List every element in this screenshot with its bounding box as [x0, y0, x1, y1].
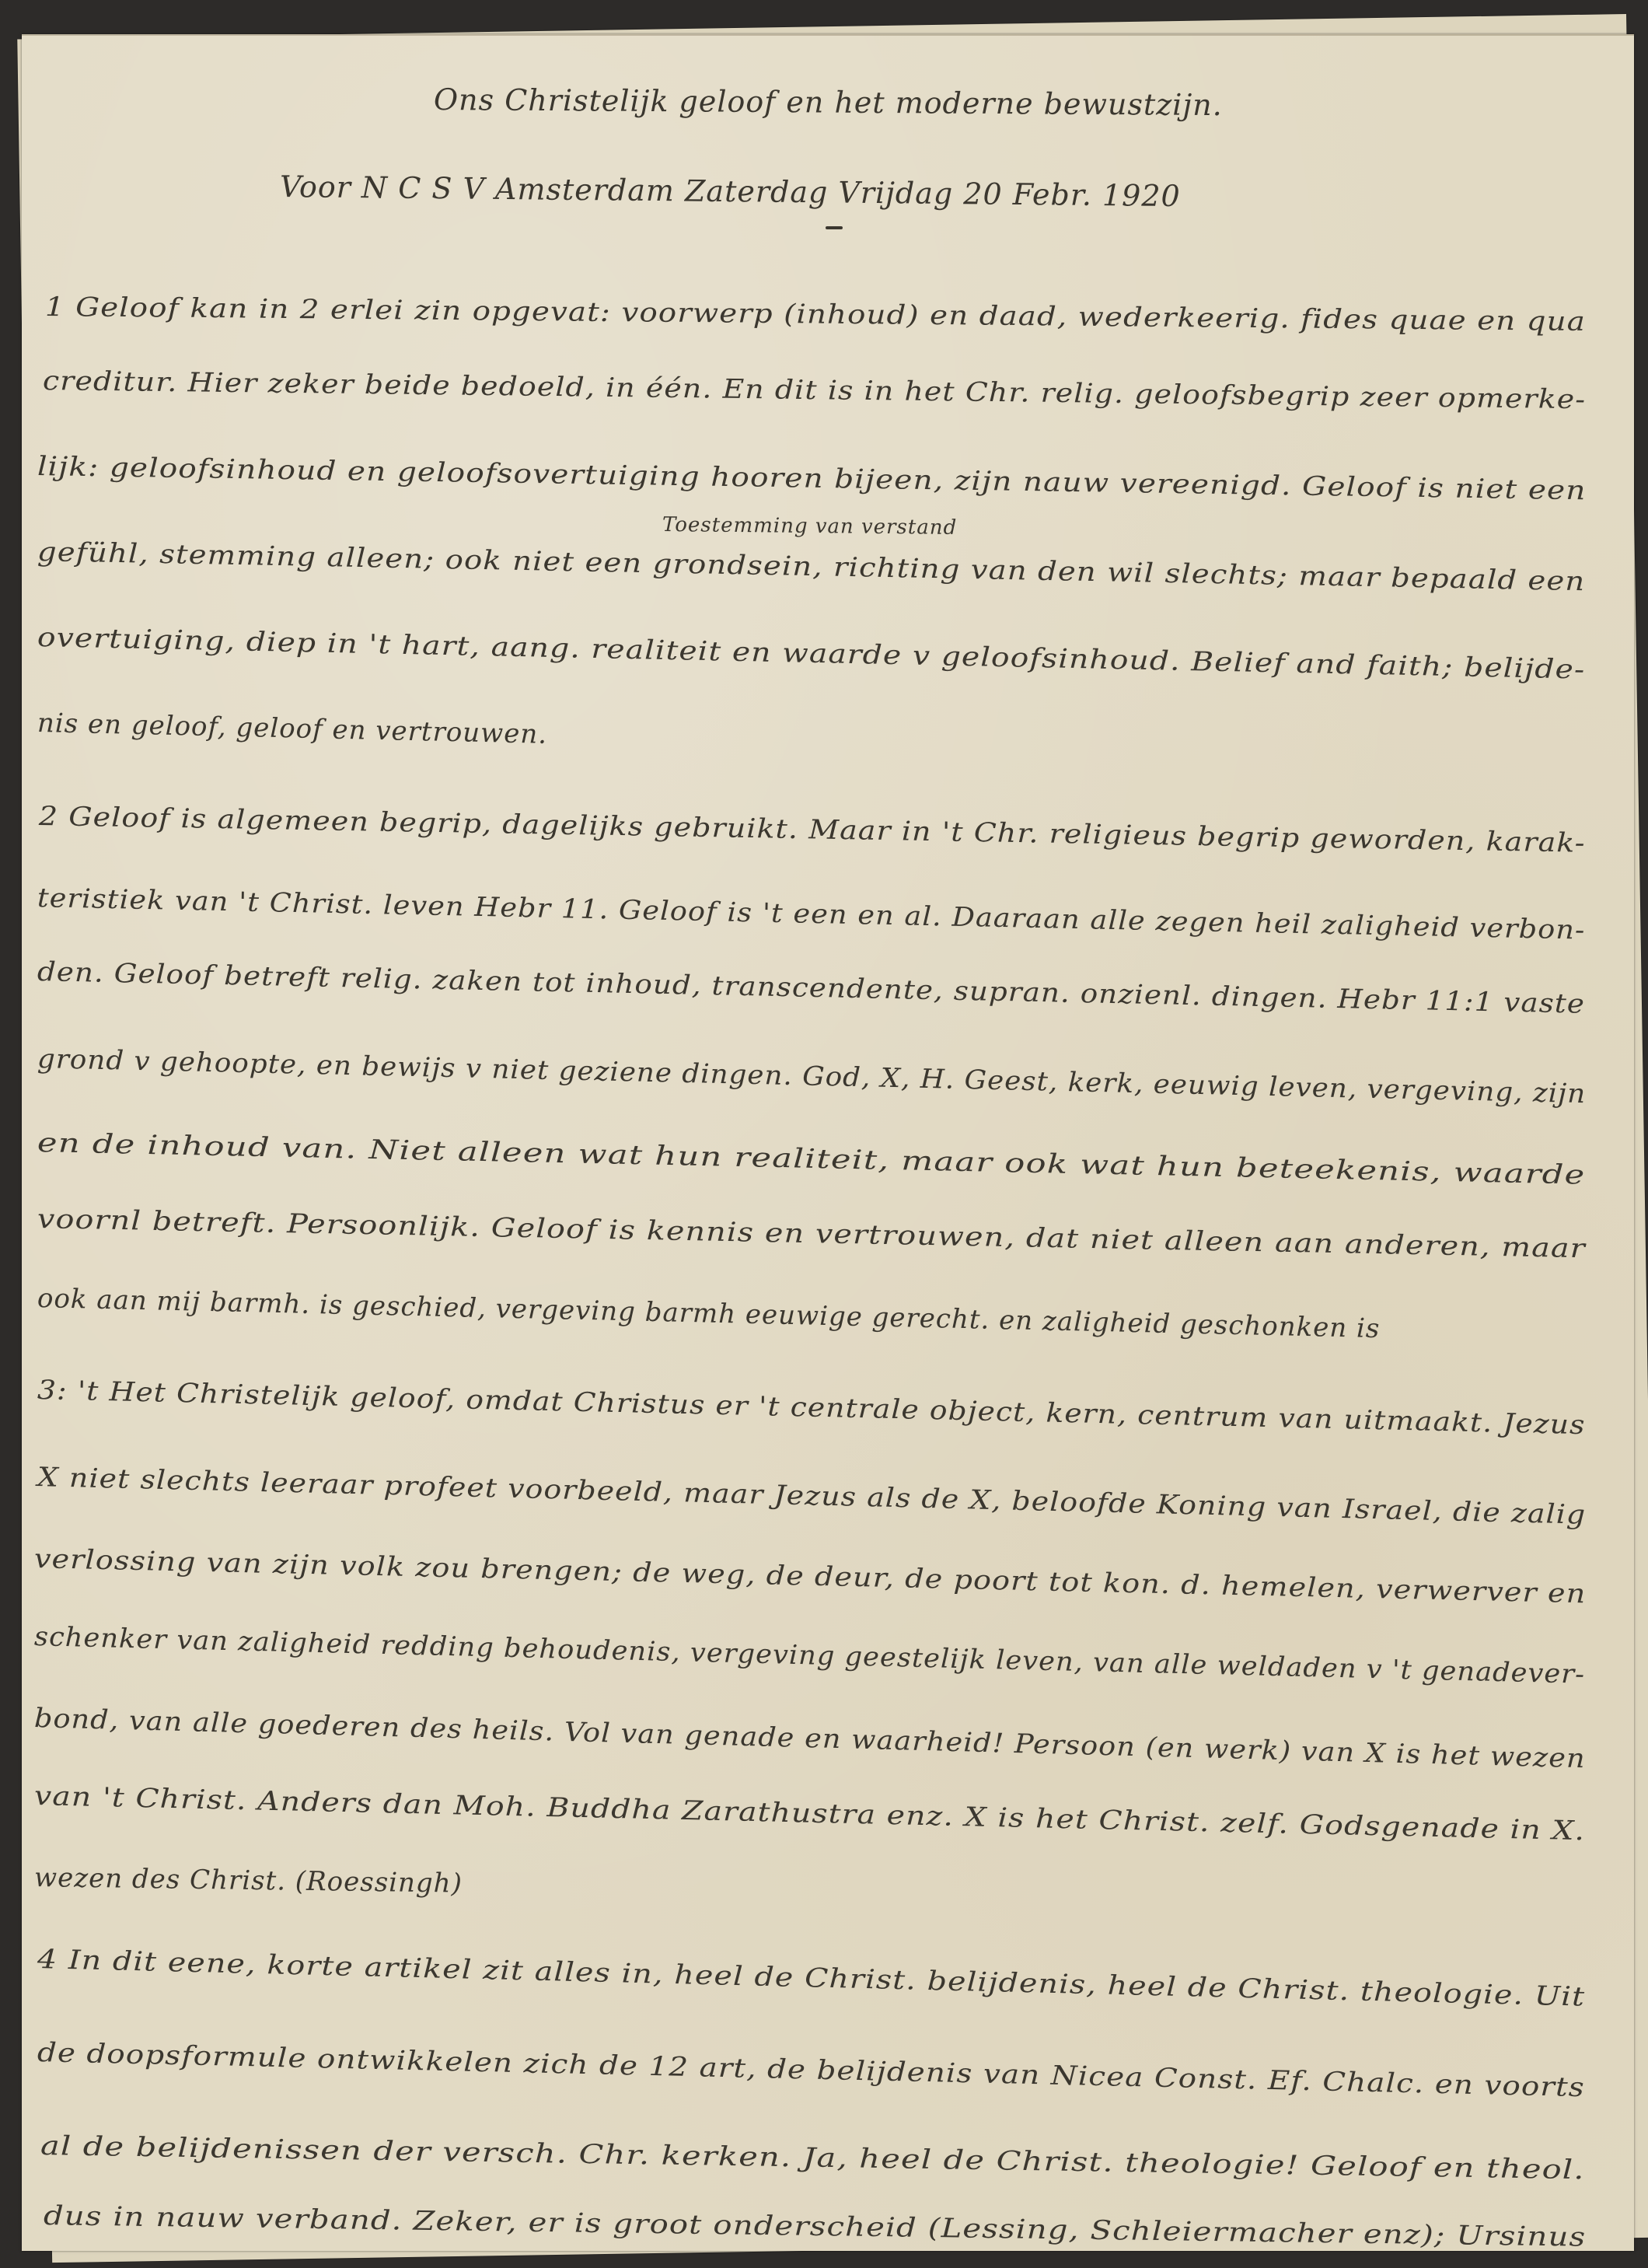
top-fold-line [22, 34, 1634, 36]
heading-separator [826, 226, 843, 229]
document-title: Ons Christelijk geloof en het moderne be… [434, 82, 1223, 122]
interlinear-insert: Toestemming van verstand [662, 513, 957, 540]
paragraph-line: wezen des Christ. (Roessingh) [34, 1862, 463, 1899]
